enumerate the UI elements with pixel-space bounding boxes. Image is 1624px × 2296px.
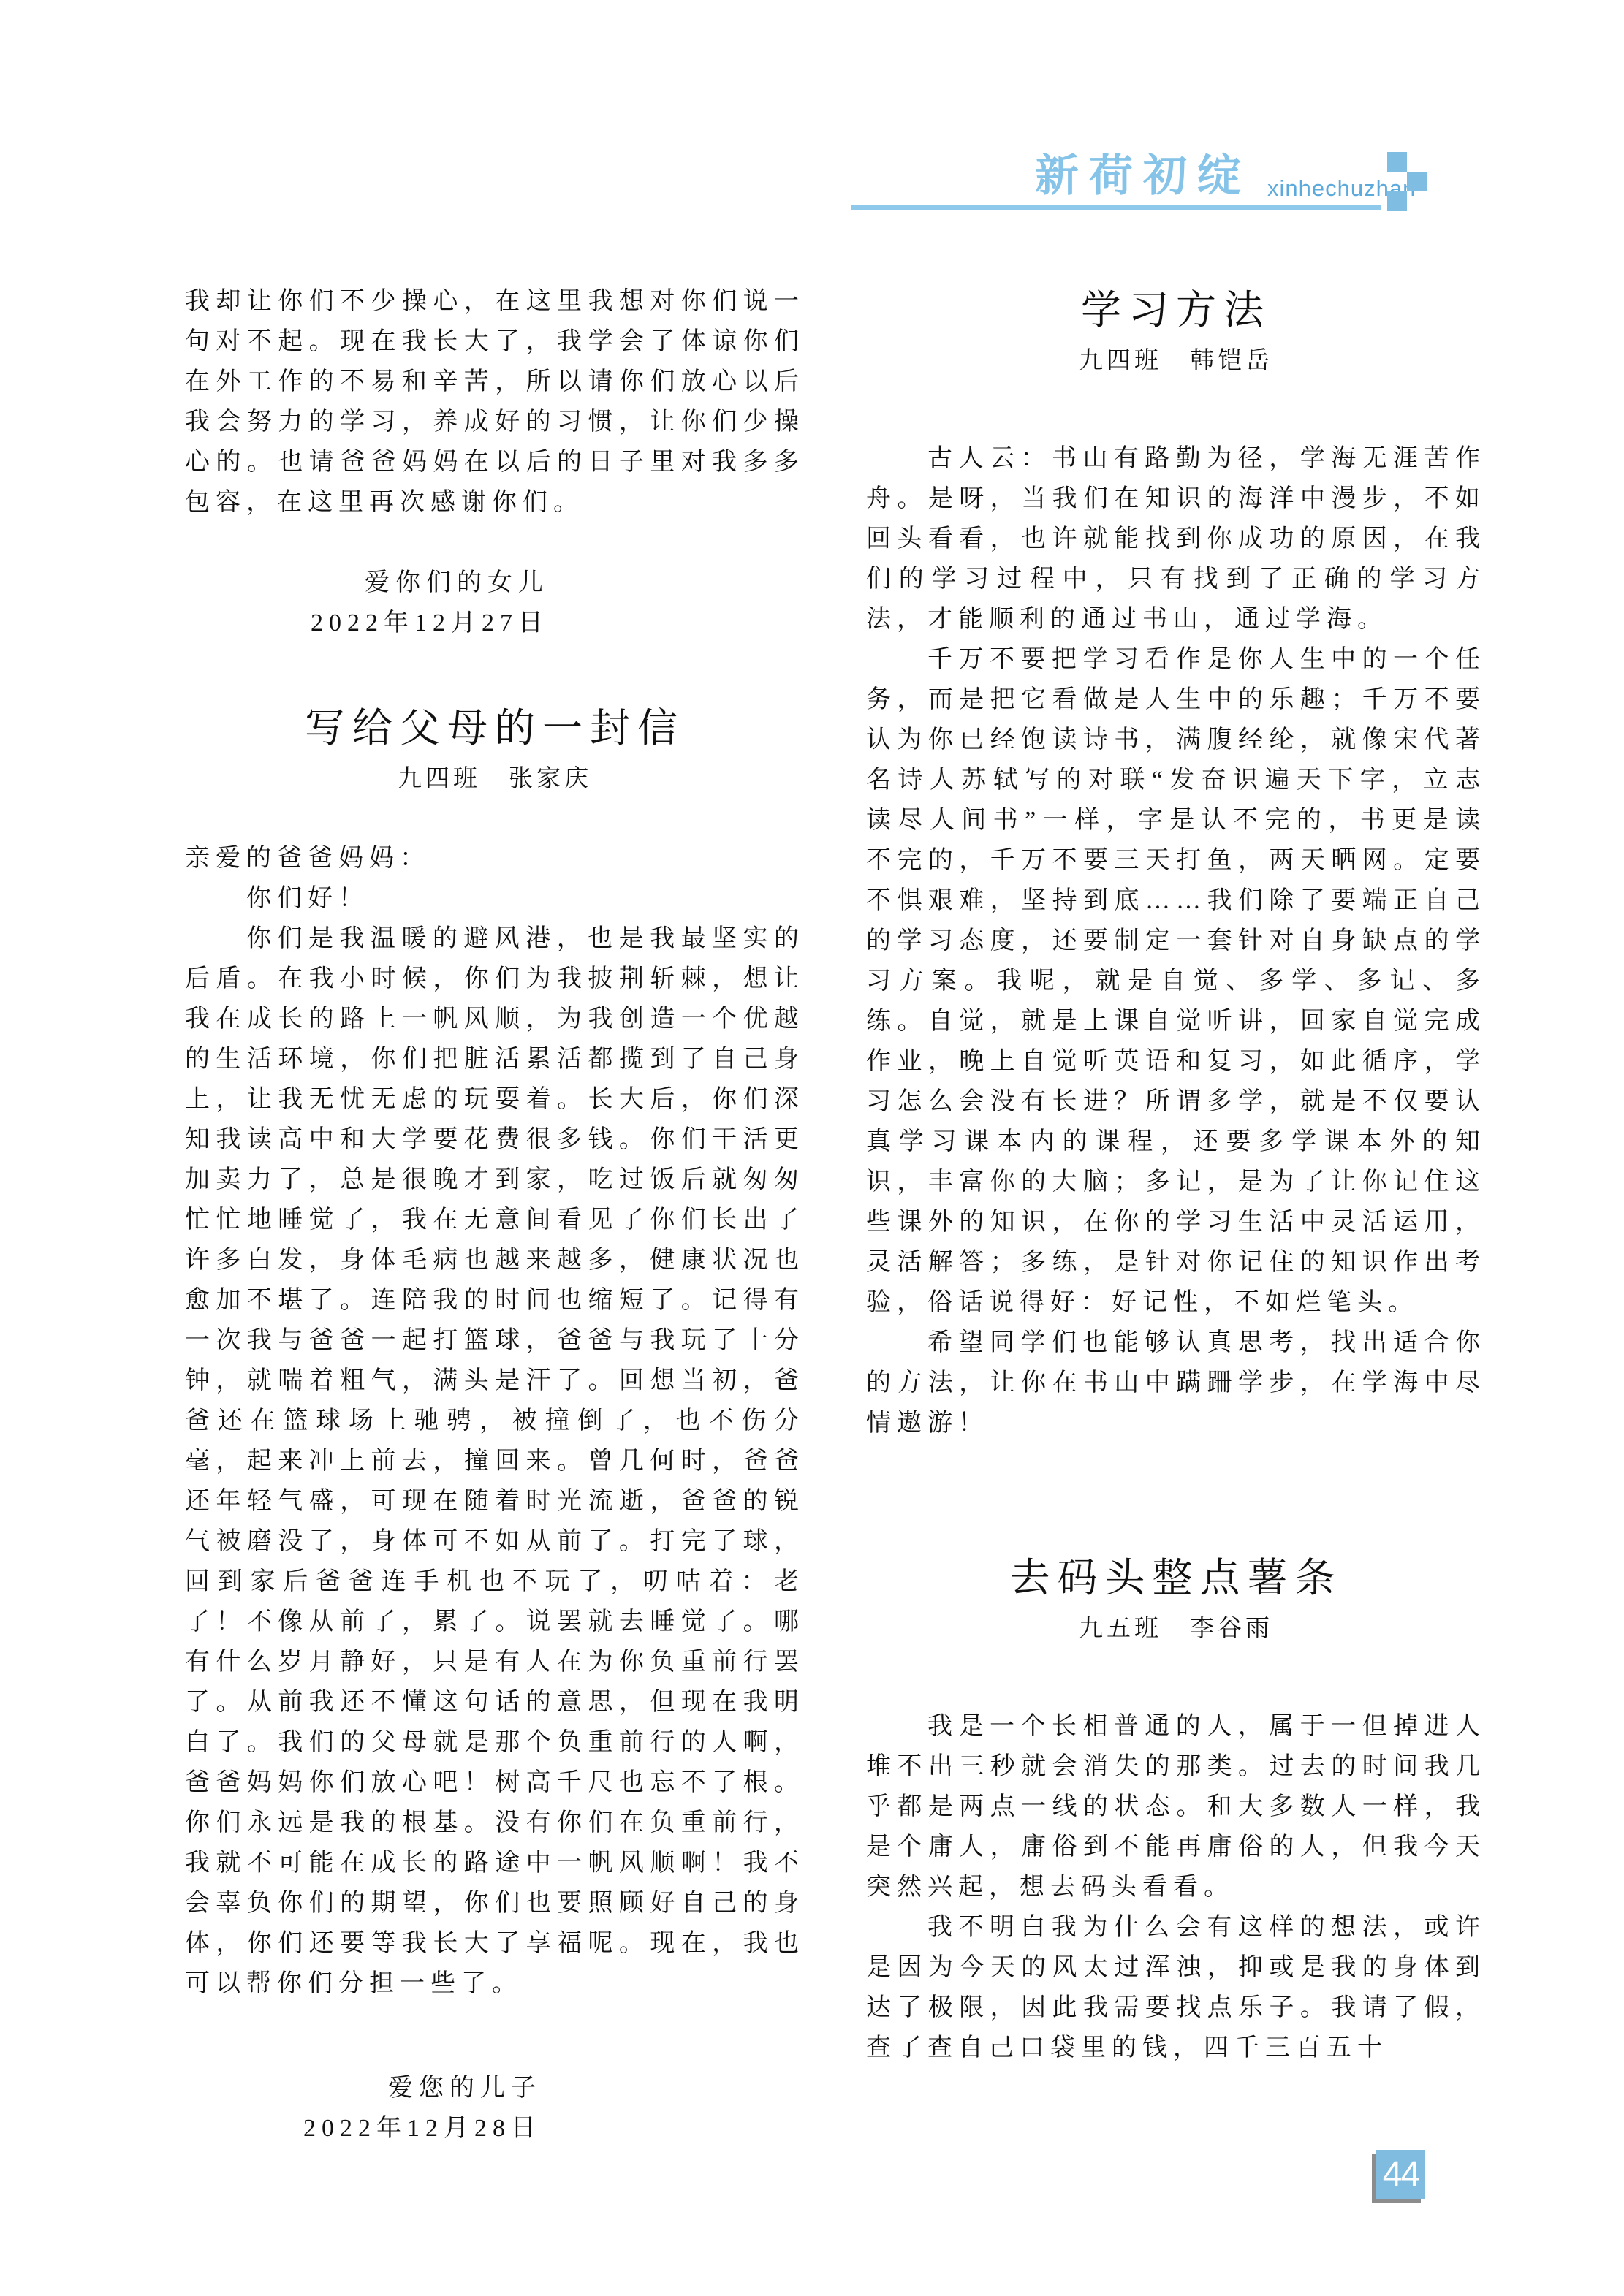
signature-block-daughter: 爱你们的女儿 2022年12月27日 [185, 563, 805, 643]
letter-body-paragraph: 你们是我温暖的避风港，也是我最坚实的后盾。在我小时候，你们为我披荆斩棘，想让我在… [185, 919, 805, 2004]
header-rule [851, 205, 1381, 210]
letter-continuation-paragraph: 我却让你们不少操心，在这里我想对你们说一句对不起。现在我长大了，我学会了体谅你们… [185, 281, 805, 522]
decor-square-icon [1407, 172, 1427, 191]
signature-name: 爱你们的女儿 [185, 563, 549, 603]
signature-date: 2022年12月28日 [185, 2108, 542, 2148]
left-column: 我却让你们不少操心，在这里我想对你们说一句对不起。现在我长大了，我学会了体谅你们… [185, 281, 805, 2148]
right-column: 学习方法 九四班 韩铠岳 古人云：书山有路勤为径，学海无涯苦作舟。是呀，当我们在… [866, 285, 1486, 2068]
article-paragraph: 我是一个长相普通的人，属于一但掉进人堆不出三秒就会消失的那类。过去的时间我几乎都… [866, 1706, 1486, 1907]
article-paragraph: 千万不要把学习看作是你人生中的一个任务，而是把它看做是人生中的乐趣；千万不要认为… [866, 639, 1486, 1323]
decor-square-icon [1387, 191, 1407, 211]
article-byline: 九四班 韩铠岳 [866, 345, 1486, 378]
article-byline: 九五班 李谷雨 [866, 1613, 1486, 1646]
decor-square-icon [1387, 152, 1407, 172]
page-number: 44 [1383, 2154, 1419, 2194]
magazine-title: 新荷初绽 [1035, 150, 1261, 205]
article-paragraph: 古人云：书山有路勤为径，学海无涯苦作舟。是呀，当我们在知识的海洋中漫步，不如回头… [866, 438, 1486, 639]
article-paragraph: 我不明白我为什么会有这样的想法，或许是因为今天的风太过浑浊，抑或是我的身体到达了… [866, 1907, 1486, 2068]
article-paragraph: 希望同学们也能够认真思考，找出适合你的方法，让你在书山中蹒跚学步，在学海中尽情遨… [866, 1323, 1486, 1443]
signature-name: 爱您的儿子 [185, 2068, 542, 2108]
article-title-pier-fries: 去码头整点薯条 [866, 1553, 1486, 1604]
article-title-letter-to-parents: 写给父母的一封信 [185, 703, 805, 754]
article-byline: 九四班 张家庆 [185, 763, 805, 796]
article-title-study-methods: 学习方法 [866, 285, 1486, 336]
letter-greeting: 你们好！ [185, 878, 805, 919]
letter-salutation: 亲爱的爸爸妈妈： [185, 838, 805, 878]
signature-date: 2022年12月27日 [185, 603, 549, 643]
magazine-page: { "page": { "number": "44" }, "header": … [0, 0, 1624, 2296]
signature-block-son: 爱您的儿子 2022年12月28日 [185, 2068, 805, 2148]
page-number-badge: 44 [1376, 2150, 1425, 2199]
